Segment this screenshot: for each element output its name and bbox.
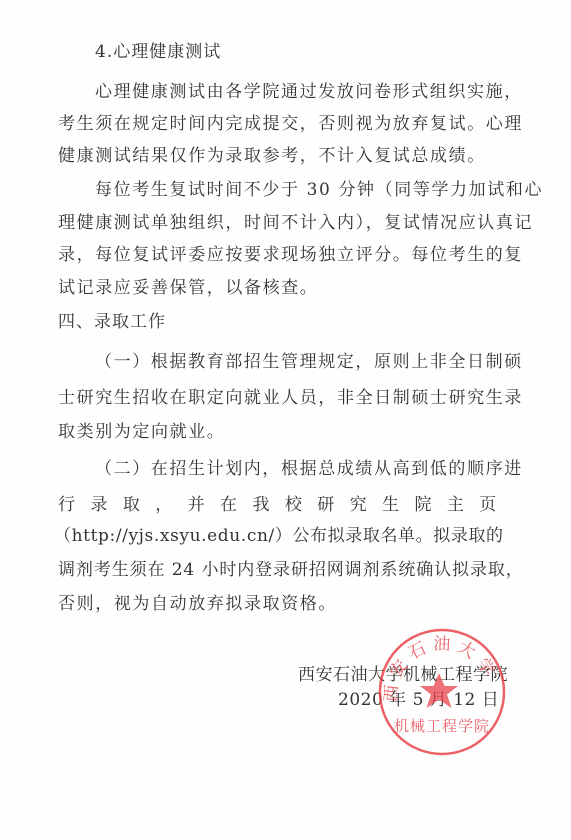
paragraph-line: 士研究生招收在职定向就业人员，非全日制硕士研究生录 <box>58 388 523 408</box>
stamp-bottom-text: 机械工程学院 <box>394 717 490 735</box>
paragraph-line-url: （http://yjs.xsyu.edu.cn/）公布拟录取名单。拟录取的 <box>54 526 504 546</box>
paragraph-line: 每位考生复试时间不少于 30 分钟（同等学力加试和心 <box>95 180 543 200</box>
paragraph-line: 否则，视为自动放弃拟录取资格。 <box>58 594 337 614</box>
paragraph-line: 调剂考生须在 24 小时内登录研招网调剂系统确认拟录取， <box>58 560 524 580</box>
paragraph-line: 健康测试结果仅作为录取参考，不计入复试总成绩。 <box>58 146 486 166</box>
paragraph-line-justified: 行 录 取 ， 并 在 我 校 研 究 生 院 主 页 <box>58 495 498 515</box>
char: 在 <box>220 495 239 515</box>
char: 并 <box>188 495 207 515</box>
char: 取 <box>123 495 142 515</box>
char: 研 <box>317 495 336 515</box>
signature-organization: 西安石油大学机械工程学院 <box>298 665 508 685</box>
char: 主 <box>447 495 466 515</box>
char: 录 <box>90 495 109 515</box>
char: 生 <box>382 495 401 515</box>
char: 行 <box>58 495 77 515</box>
char: 院 <box>414 495 433 515</box>
paragraph-line: （一）根据教育部招生管理规定，原则上非全日制硕 <box>95 352 523 372</box>
paragraph-line: 取类别为定向就业。 <box>58 422 225 442</box>
subsection-heading: 4.心理健康测试 <box>95 42 221 62</box>
char: 究 <box>350 495 369 515</box>
section-heading: 四、录取工作 <box>58 312 166 332</box>
paragraph-line: （二）在招生计划内，根据总成绩从高到低的顺序进 <box>95 459 523 479</box>
char: 我 <box>252 495 271 515</box>
char: ， <box>155 495 174 515</box>
paragraph-line: 考生须在规定时间内完成提交，否则视为放弃复试。心理 <box>58 114 523 134</box>
paragraph-line: 试记录应妥善保管，以备核查。 <box>58 278 318 298</box>
signature-date: 2020 年 5 月 12 日 <box>338 690 499 710</box>
char: 页 <box>479 495 498 515</box>
char: 校 <box>285 495 304 515</box>
paragraph-line: 录，每位复试评委应按要求现场独立评分。每位考生的复 <box>58 245 523 265</box>
paragraph-line: 理健康测试单独组织，时间不计入内），复试情况应认真记 <box>58 213 533 233</box>
document-page: 4.心理健康测试 心理健康测试由各学院通过发放问卷形式组织实施， 考生须在规定时… <box>0 0 571 840</box>
paragraph-line: 心理健康测试由各学院通过发放问卷形式组织实施， <box>95 82 523 102</box>
